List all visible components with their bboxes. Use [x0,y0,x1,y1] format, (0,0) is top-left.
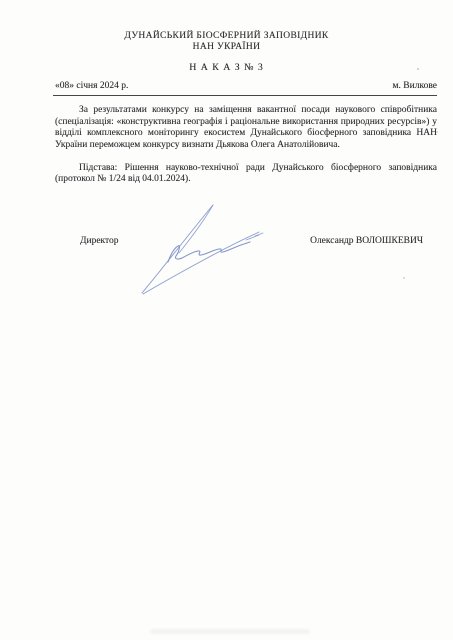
signature-stroke-up [142,205,213,293]
document-header: ДУНАЙСЬКИЙ БІОСФЕРНИЙ ЗАПОВІДНИК НАН УКР… [0,31,453,52]
organization-name-line2: НАН УКРАЇНИ [0,42,453,52]
scan-speck [403,277,405,279]
scan-smudge [150,629,310,634]
signature-row: Директор Олександр ВОЛОШКЕВИЧ [80,236,423,246]
order-date: «08» січня 2024 р. [55,81,128,91]
body-paragraph-1: За результатами конкурсу на заміщення ва… [55,105,437,151]
organization-name-line1: ДУНАЙСЬКИЙ БІОСФЕРНИЙ ЗАПОВІДНИК [0,31,453,41]
scan-speck [417,68,419,70]
scan-speck [436,131,438,133]
body-paragraph-2: Підстава: Рішення науково-технічної ради… [55,163,437,186]
scanned-order-page: ДУНАЙСЬКИЙ БІОСФЕРНИЙ ЗАПОВІДНИК НАН УКР… [0,0,453,640]
header-rule [53,95,437,96]
order-title: Н А К А З № 3 [0,62,453,73]
order-body: За результатами конкурсу на заміщення ва… [55,105,437,186]
signature-ink [135,200,275,300]
signer-role: Директор [80,236,119,246]
order-place: м. Вилкове [393,81,437,91]
date-row: «08» січня 2024 р. м. Вилкове [55,81,437,91]
signer-name: Олександр ВОЛОШКЕВИЧ [310,236,423,246]
